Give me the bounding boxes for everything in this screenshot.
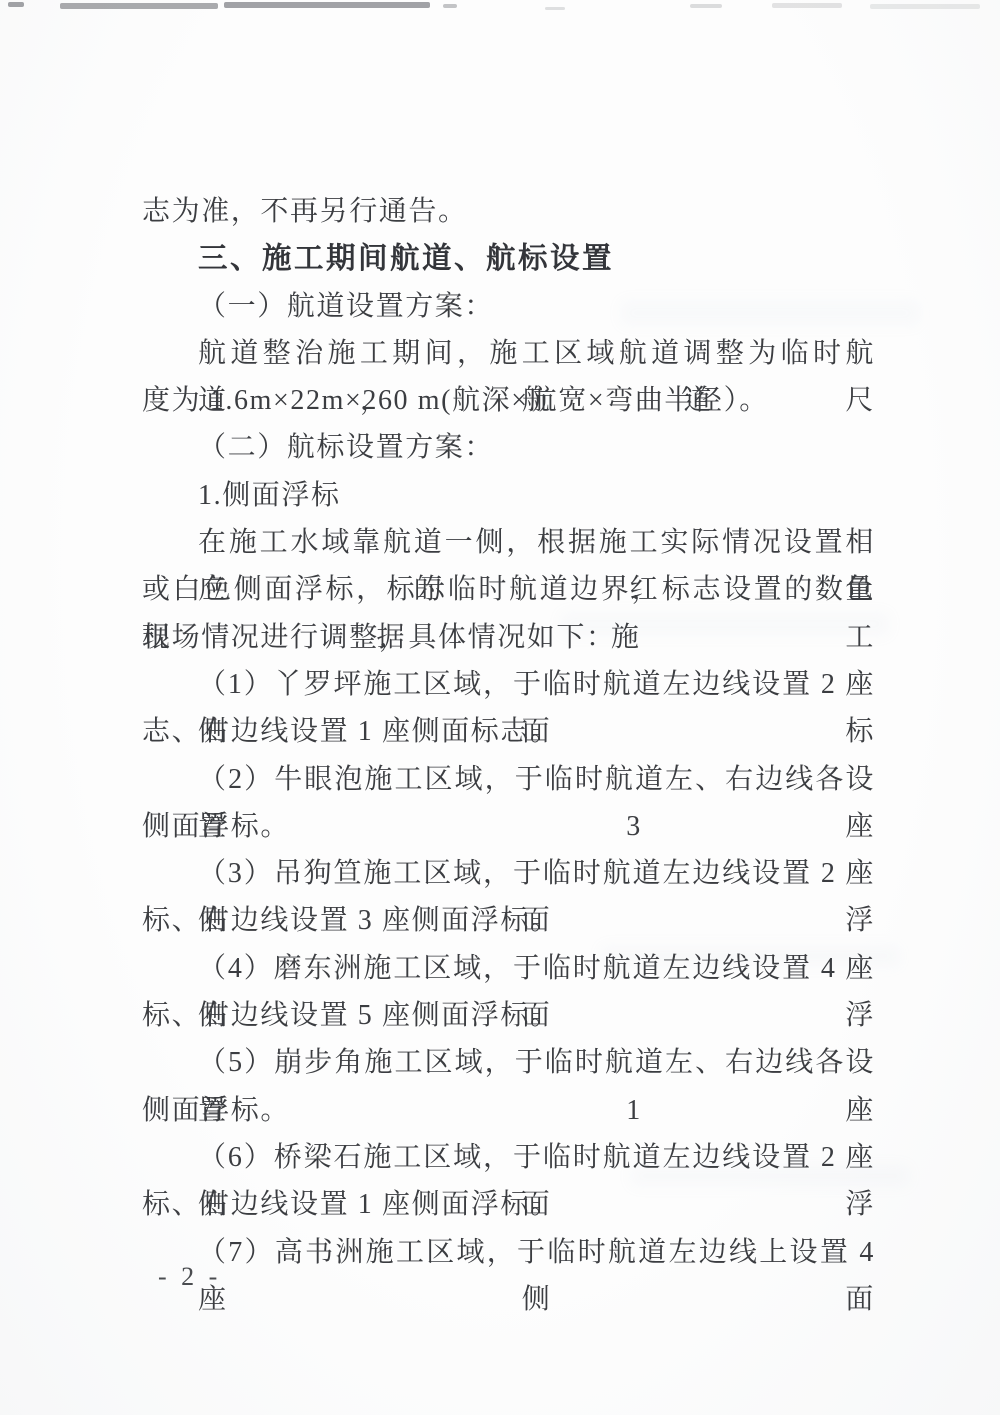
doc-line: 1.侧面浮标 bbox=[142, 472, 875, 519]
section-heading: 三、施工期间航道、航标设置 bbox=[142, 235, 875, 282]
doc-line: （7）高书洲施工区域，于临时航道左边线上设置 4 座侧面 bbox=[142, 1229, 875, 1276]
doc-line: 度为 1.6m×22m×260 m(航深×航宽×弯曲半径）。 bbox=[142, 377, 875, 424]
doc-line: （一）航道设置方案： bbox=[142, 283, 875, 330]
scan-artifact bbox=[60, 3, 218, 9]
scan-artifact bbox=[8, 2, 24, 7]
scan-artifact bbox=[443, 4, 457, 8]
scanned-page: 志为准，不再另行通告。 三、施工期间航道、航标设置 （一）航道设置方案： 航道整… bbox=[0, 0, 1000, 1415]
doc-line: 或白色侧面浮标，标示临时航道边界，标志设置的数量根据施工 bbox=[142, 566, 875, 613]
doc-line: （2）牛眼泡施工区域，于临时航道左、右边线各设置 3 座 bbox=[142, 756, 875, 803]
doc-line: （5）崩步角施工区域，于临时航道左、右边线各设置 1 座 bbox=[142, 1039, 875, 1086]
scan-artifact bbox=[870, 4, 980, 9]
scan-artifact bbox=[545, 7, 565, 10]
page-number: - 2 - bbox=[158, 1262, 221, 1292]
doc-line: 在施工水域靠航道一侧，根据施工实际情况设置相应的红色 bbox=[142, 519, 875, 566]
doc-line: （3）吊狗笪施工区域，于临时航道左边线设置 2 座侧面浮 bbox=[142, 850, 875, 897]
document-body: 志为准，不再另行通告。 三、施工期间航道、航标设置 （一）航道设置方案： 航道整… bbox=[142, 188, 875, 1276]
doc-line: （1）丫罗坪施工区域，于临时航道左边线设置 2 座侧面标 bbox=[142, 661, 875, 708]
scan-artifact bbox=[772, 3, 842, 8]
scan-artifact bbox=[224, 2, 430, 8]
doc-line: （6）桥梁石施工区域，于临时航道左边线设置 2 座侧面浮 bbox=[142, 1134, 875, 1181]
doc-line: （二）航标设置方案： bbox=[142, 424, 875, 471]
doc-line: 航道整治施工期间，施工区域航道调整为临时航道，航道尺 bbox=[142, 330, 875, 377]
scan-artifact bbox=[690, 4, 722, 8]
doc-line: 志为准，不再另行通告。 bbox=[142, 188, 875, 235]
doc-line: （4）磨东洲施工区域，于临时航道左边线设置 4 座侧面浮 bbox=[142, 945, 875, 992]
